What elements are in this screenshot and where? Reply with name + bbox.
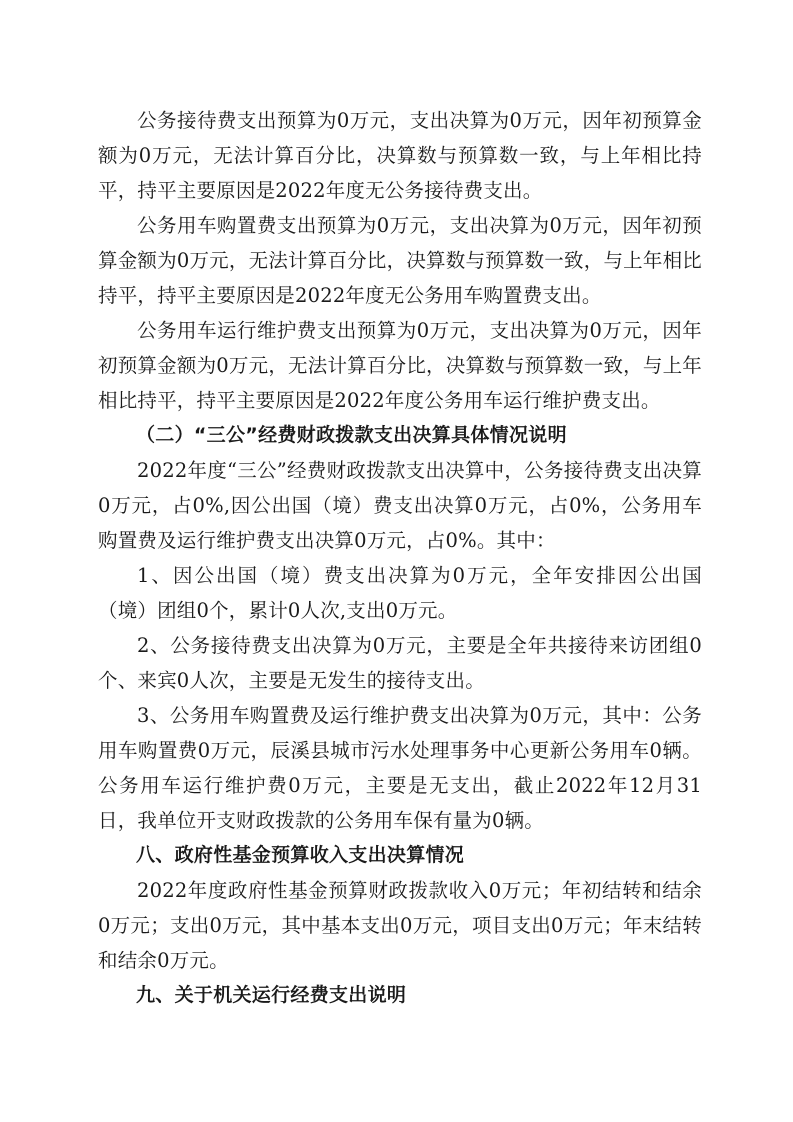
section-heading-government-fund: 八、政府性基金预算收入支出决算情况 [98, 838, 702, 873]
paragraph-vehicle-purchase: 公务用车购置费支出预算为0万元，支出决算为0万元，因年初预算金额为0万元，无法计… [98, 208, 702, 313]
paragraph-vehicle-maintenance: 公务用车运行维护费支出预算为0万元，支出决算为0万元，因年初预算金额为0万元，无… [98, 313, 702, 418]
section-heading-operating-expense: 九、关于机关运行经费支出说明 [98, 978, 702, 1013]
document-page: 公务接待费支出预算为0万元，支出决算为0万元，因年初预算金额为0万元，无法计算百… [98, 103, 702, 1013]
section-heading-three-public-funds: （二）“三公”经费财政拨款支出决算具体情况说明 [98, 418, 702, 453]
paragraph-reception-detail: 2、公务接待费支出决算为0万元，主要是全年共接待来访团组0个、来宾0人次，主要是… [98, 628, 702, 698]
paragraph-overseas-travel: 1、因公出国（境）费支出决算为0万元，全年安排因公出国（境）团组0个，累计0人次… [98, 558, 702, 628]
paragraph-reception-expense: 公务接待费支出预算为0万元，支出决算为0万元，因年初预算金额为0万元，无法计算百… [98, 103, 702, 208]
paragraph-vehicle-detail: 3、公务用车购置费及运行维护费支出决算为0万元，其中：公务用车购置费0万元，辰溪… [98, 698, 702, 838]
paragraph-three-public-summary: 2022年度“三公”经费财政拨款支出决算中，公务接待费支出决算0万元，占0%,因… [98, 453, 702, 558]
paragraph-government-fund: 2022年度政府性基金预算财政拨款收入0万元；年初结转和结余0万元；支出0万元，… [98, 873, 702, 978]
